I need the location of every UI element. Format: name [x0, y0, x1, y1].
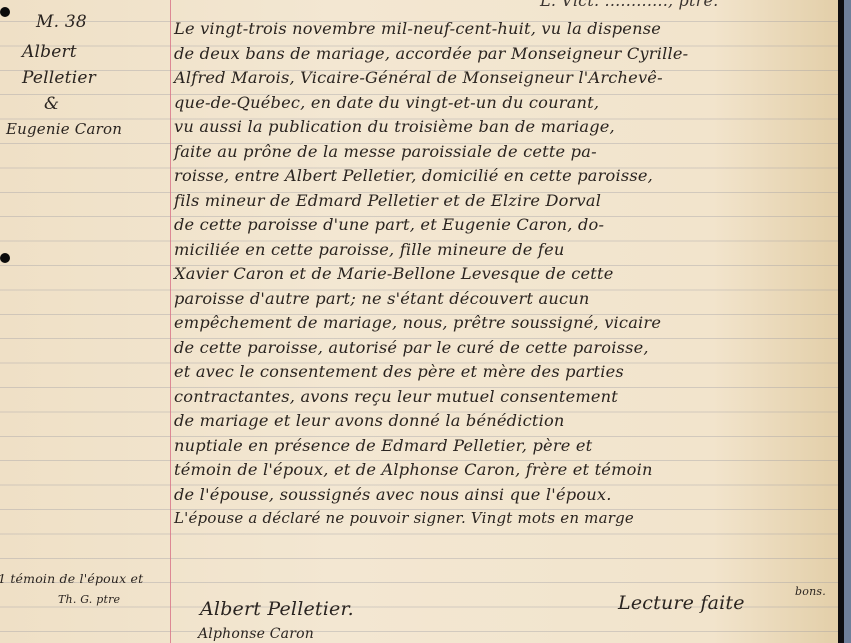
record-line: de cette paroisse, autorisé par le curé … [174, 338, 649, 357]
record-line: fils mineur de Edmard Pelletier et de El… [174, 191, 601, 210]
record-line: de deux bans de mariage, accordée par Mo… [174, 44, 688, 63]
conjunction-mark: & [44, 94, 59, 114]
register-page: L. Vict. ............, ptre. M. 38 Alber… [0, 0, 838, 643]
record-line: miciliée en cette paroisse, fille mineur… [174, 240, 564, 259]
record-line: de mariage et leur avons donné la bénédi… [174, 411, 565, 430]
record-line: témoin de l'époux, et de Alphonse Caron,… [174, 460, 653, 479]
record-line: faite au prône de la messe paroissiale d… [174, 142, 597, 161]
record-line: contractantes, avons reçu leur mutuel co… [174, 387, 618, 406]
record-line: paroisse d'autre part; ne s'étant découv… [174, 289, 590, 308]
bride-name: Eugenie Caron [6, 120, 122, 138]
record-line: Xavier Caron et de Marie-Bellone Levesqu… [174, 264, 613, 283]
record-line: Alfred Marois, Vicaire-Général de Monsei… [174, 68, 663, 87]
record-line: que-de-Québec, en date du vingt-et-un du… [174, 93, 599, 112]
record-line: L'épouse a déclaré ne pouvoir signer. Vi… [174, 509, 634, 527]
witness-signature: Alphonse Caron [198, 626, 314, 642]
header-signature-fragment: L. Vict. ............, ptre. [540, 0, 718, 10]
closing-superscript: bons. [795, 585, 826, 598]
record-line: vu aussi la publication du troisième ban… [174, 117, 615, 136]
record-line: de cette paroisse d'une part, et Eugenie… [174, 215, 604, 234]
groom-last-name: Pelletier [22, 68, 96, 88]
record-line: nuptiale en présence de Edmard Pelletier… [174, 436, 592, 455]
binding-hole [0, 7, 10, 17]
groom-signature: Albert Pelletier. [200, 598, 354, 620]
groom-first-name: Albert [22, 42, 77, 62]
record-line: roisse, entre Albert Pelletier, domicili… [174, 166, 653, 185]
marginal-note: 1 témoin de l'époux et [0, 571, 143, 586]
scan-background-edge [844, 0, 851, 643]
record-number: M. 38 [36, 12, 87, 32]
closing-note: Lecture faite [618, 592, 745, 614]
record-line: de l'épouse, soussignés avec nous ainsi … [174, 485, 612, 504]
record-line: Le vingt-trois novembre mil-neuf-cent-hu… [174, 19, 661, 38]
margin-rule [170, 0, 171, 643]
binding-hole [0, 253, 10, 263]
marginal-initials: Th. G. ptre [58, 593, 120, 606]
record-line: empêchement de mariage, nous, prêtre sou… [174, 313, 661, 332]
record-line: et avec le consentement des père et mère… [174, 362, 624, 381]
